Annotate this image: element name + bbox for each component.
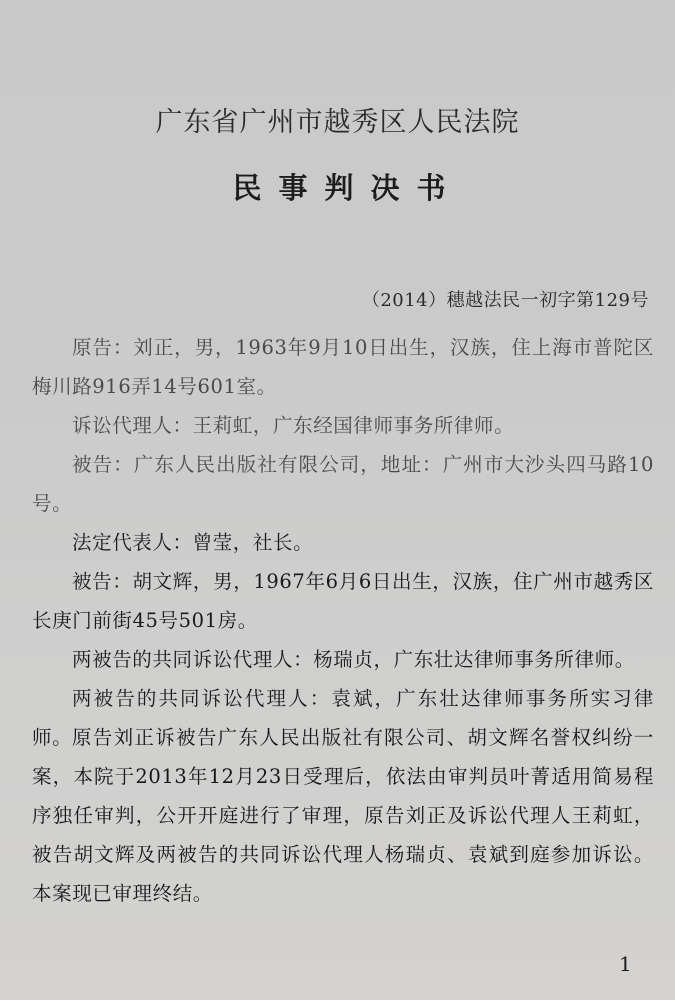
defendant-publisher-paragraph: 被告：广东人民出版社有限公司，地址：广州市大沙头四马路10号。 (32, 445, 654, 523)
plaintiff-agent-paragraph: 诉讼代理人：王莉虹，广东经国律师事务所律师。 (32, 406, 654, 445)
document-title: 民事判决书 (0, 166, 675, 207)
case-summary-paragraph: 原告刘正诉被告广东人民出版社有限公司、胡文辉名誉权纠纷一案，本院于2013年12… (32, 718, 654, 913)
document-page: 广东省广州市越秀区人民法院 民事判决书 （2014）穗越法民一初字第129号 原… (0, 0, 675, 1000)
case-number: （2014）穗越法民一初字第129号 (362, 286, 649, 312)
page-number: 1 (619, 952, 632, 976)
legal-representative-paragraph: 法定代表人：曾莹，社长。 (32, 523, 654, 562)
defendant-individual-paragraph: 被告：胡文辉，男，1967年6月6日出生，汉族，住广州市越秀区长庚门前街45号5… (32, 562, 654, 640)
joint-agent-paragraph-1: 两被告的共同诉讼代理人：杨瑞贞，广东壮达律师事务所律师。 (32, 640, 654, 679)
plaintiff-paragraph: 原告：刘正，男，1963年9月10日出生，汉族，住上海市普陀区梅川路916弄14… (32, 328, 654, 406)
court-name: 广东省广州市越秀区人民法院 (0, 100, 675, 139)
